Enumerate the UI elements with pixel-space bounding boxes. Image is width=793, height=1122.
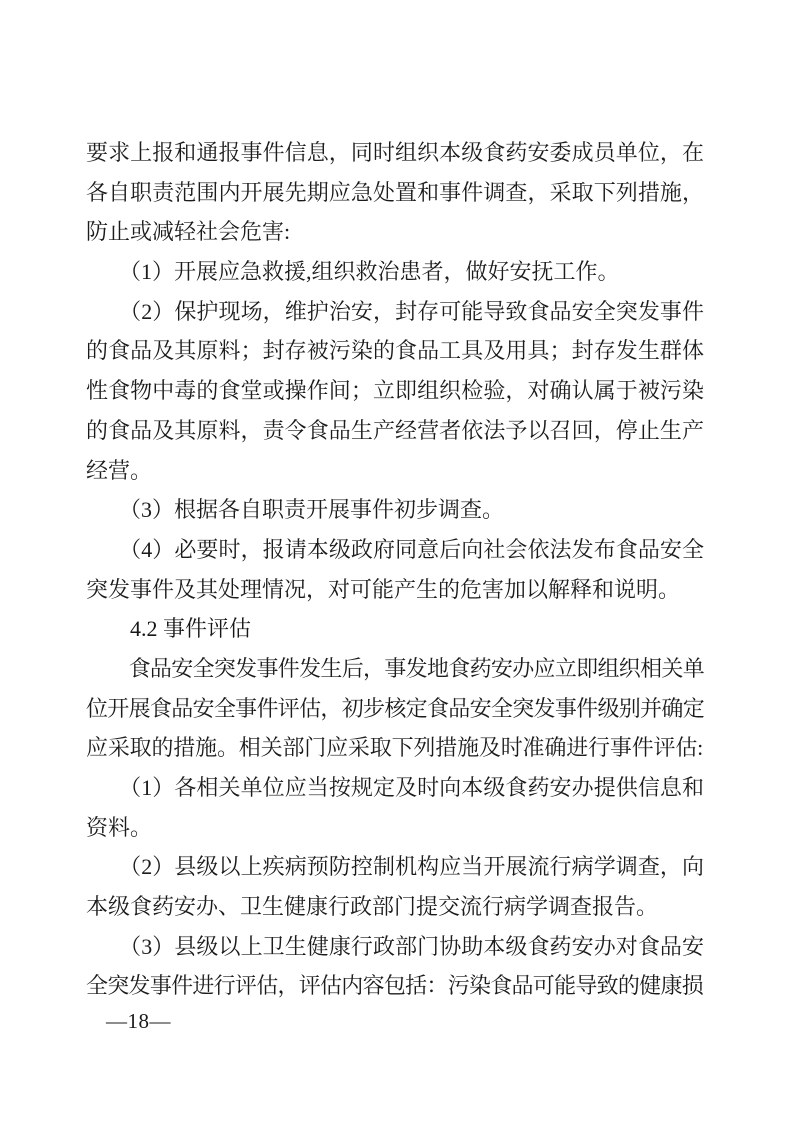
text-line: 的食品及其原料；封存被污染的食品工具及用具；封存发生群体: [86, 331, 704, 371]
text-line: 经营。: [86, 451, 704, 491]
text-line: （3）县级以上卫生健康行政部门协助本级食药安办对食品安: [86, 927, 704, 967]
document-page: 要求上报和通报事件信息，同时组织本级食药安委成员单位，在各自职责范围内开展先期应…: [0, 0, 793, 1122]
paragraph: 食品安全突发事件发生后，事发地食药安办应立即组织相关单位开展食品安全事件评估，初…: [86, 649, 704, 768]
text-line: （1）各相关单位应当按规定及时向本级食药安办提供信息和: [86, 768, 704, 808]
text-line: 4.2 事件评估: [86, 609, 704, 649]
document-body: 要求上报和通报事件信息，同时组织本级食药安委成员单位，在各自职责范围内开展先期应…: [86, 133, 704, 1006]
text-line: 本级食药安办、卫生健康行政部门提交流行病学调查报告。: [86, 887, 704, 927]
text-line: 位开展食品安全事件评估，初步核定食品安全突发事件级别并确定: [86, 689, 704, 729]
page-number: —18—: [106, 1010, 171, 1032]
paragraph: （1）各相关单位应当按规定及时向本级食药安办提供信息和资料。: [86, 768, 704, 847]
paragraph: （2）县级以上疾病预防控制机构应当开展流行病学调查，向本级食药安办、卫生健康行政…: [86, 847, 704, 926]
paragraph: （2）保护现场，维护治安，封存可能导致食品安全突发事件的食品及其原料；封存被污染…: [86, 292, 704, 490]
paragraph: （3）根据各自职责开展事件初步调查。: [86, 490, 704, 530]
text-line: 食品安全突发事件发生后，事发地食药安办应立即组织相关单: [86, 649, 704, 689]
text-line: 的食品及其原料，责令食品生产经营者依法予以召回，停止生产: [86, 411, 704, 451]
paragraph: （3）县级以上卫生健康行政部门协助本级食药安办对食品安全突发事件进行评估，评估内…: [86, 927, 704, 1006]
text-line: 突发事件及其处理情况，对可能产生的危害加以解释和说明。: [86, 570, 704, 610]
paragraph: （4）必要时，报请本级政府同意后向社会依法发布食品安全突发事件及其处理情况，对可…: [86, 530, 704, 609]
section-heading: 4.2 事件评估: [86, 609, 704, 649]
text-line: 资料。: [86, 808, 704, 848]
text-line: 性食物中毒的食堂或操作间；立即组织检验，对确认属于被污染: [86, 371, 704, 411]
text-line: （4）必要时，报请本级政府同意后向社会依法发布食品安全: [86, 530, 704, 570]
text-line: 全突发事件进行评估，评估内容包括：污染食品可能导致的健康损: [86, 966, 704, 1006]
paragraph: （1）开展应急救援,组织救治患者，做好安抚工作。: [86, 252, 704, 292]
text-line: （3）根据各自职责开展事件初步调查。: [86, 490, 704, 530]
text-line: 防止或减轻社会危害:: [86, 212, 704, 252]
text-line: （2）保护现场，维护治安，封存可能导致食品安全突发事件: [86, 292, 704, 332]
text-line: 要求上报和通报事件信息，同时组织本级食药安委成员单位，在: [86, 133, 704, 173]
text-line: （1）开展应急救援,组织救治患者，做好安抚工作。: [86, 252, 704, 292]
text-line: （2）县级以上疾病预防控制机构应当开展流行病学调查，向: [86, 847, 704, 887]
text-line: 各自职责范围内开展先期应急处置和事件调查，采取下列措施，: [86, 173, 704, 213]
paragraph: 要求上报和通报事件信息，同时组织本级食药安委成员单位，在各自职责范围内开展先期应…: [86, 133, 704, 252]
text-line: 应采取的措施。相关部门应采取下列措施及时准确进行事件评估:: [86, 728, 704, 768]
